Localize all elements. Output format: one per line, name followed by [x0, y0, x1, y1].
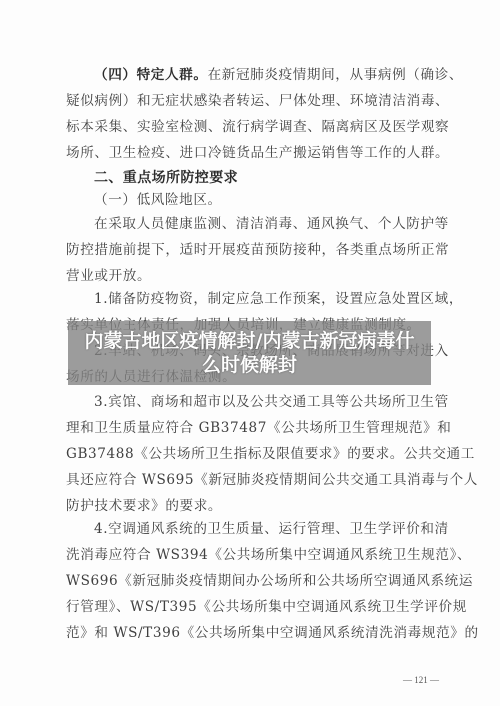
paragraph-line: 标本采集、实验室检测、流行病学调查、隔离病区及医学观察 [66, 118, 436, 136]
list-item-line: 1.储备防疫物资，制定应急工作预案，设置应急处置区域， [94, 290, 436, 308]
list-item-line: 防护技术要求》的要求。 [66, 497, 436, 515]
list-item-line: GB37488《公共场所卫生指标及限值要求》的要求。公共交通工 [66, 445, 436, 463]
paragraph-line: 防控措施前提下，适时开展疫苗预防接种，各类重点场所正常 [66, 241, 436, 259]
list-item-line: 范》和 WS/T396《公共场所集中空调通风系统清洗消毒规范》的 [66, 624, 436, 642]
article-title: 内蒙古地区疫情解封/内蒙古新冠病毒什么时候解封 [80, 329, 420, 377]
title-overlay-banner: 内蒙古地区疫情解封/内蒙古新冠病毒什么时候解封 [68, 321, 431, 385]
paragraph-line: 营业或开放。 [66, 267, 436, 285]
subsection-heading: （一）低风险地区。 [94, 191, 464, 209]
list-item-line: 4.空调通风系统的卫生质量、运行管理、卫生学评价和清 [94, 520, 436, 538]
item-lead-rest: 在新冠肺炎疫情期间，从事病例（确诊、 [208, 67, 464, 83]
section-heading: 二、重点场所防控要求 [94, 169, 238, 187]
list-item-line: 理和卫生质量应符合 GB37487《公共场所卫生管理规范》和 [66, 419, 436, 437]
list-item-line: 行管理》、WS/T395《公共场所集中空调通风系统卫生学评价规 [66, 598, 436, 616]
paragraph-line: 在采取人员健康监测、清洁消毒、通风换气、个人防护等 [94, 215, 436, 233]
list-item-line: 具还应符合 WS695《新冠肺炎疫情期间公共交通工具消毒与个人 [66, 471, 436, 489]
paragraph-line: 场所、卫生检疫、进口冷链货品生产搬运销售等工作的人群。 [66, 144, 436, 162]
list-item-line: 3.宾馆、商场和超市以及公共交通工具等公共场所卫生管 [94, 393, 436, 411]
item-lead-bold: （四）特定人群。 [94, 67, 208, 83]
list-item-line: WS696《新冠肺炎疫情期间办公场所和公共场所空调通风系统运 [66, 572, 436, 590]
paragraph-line: （四）特定人群。在新冠肺炎疫情期间，从事病例（确诊、 [94, 66, 436, 84]
list-item-line: 洗消毒应符合 WS394《公共场所集中空调通风系统卫生规范》、 [66, 546, 436, 564]
paragraph-line: 疑似病例）和无症状感染者转运、尸体处理、环境清洁消毒、 [66, 92, 436, 110]
page-number: — 121 — [403, 675, 439, 685]
